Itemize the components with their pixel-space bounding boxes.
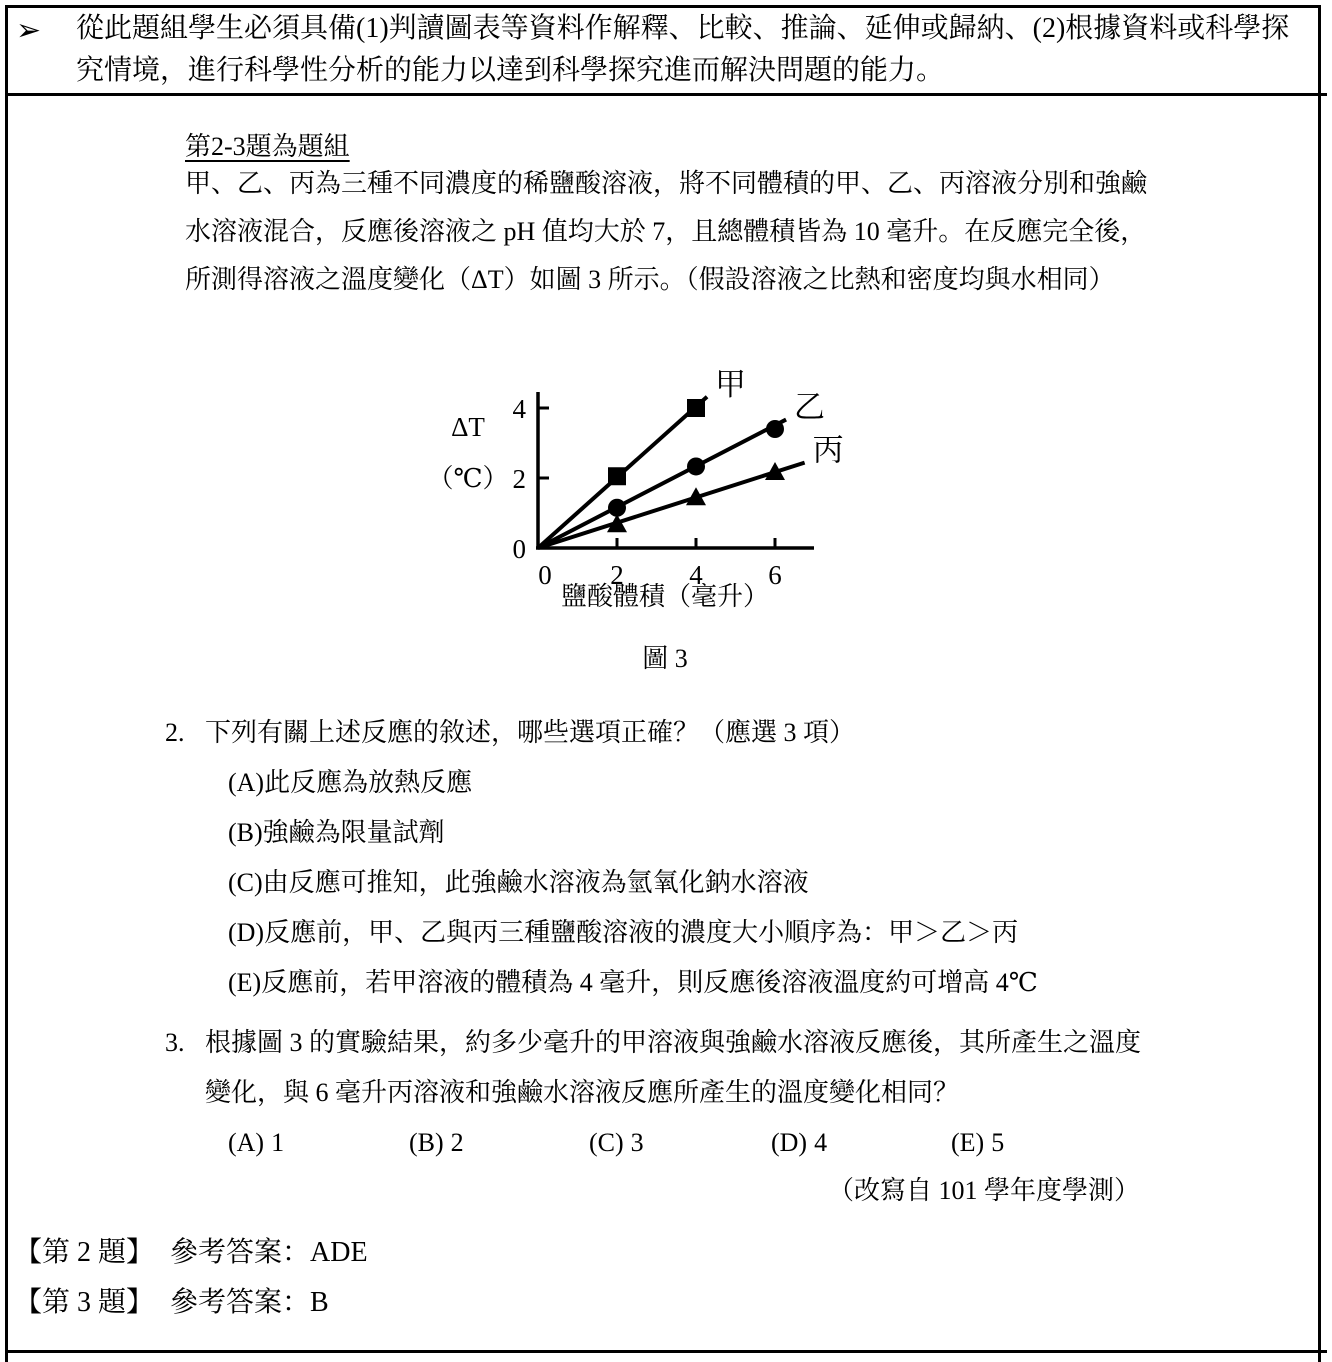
description-line-2: 水溶液混合，反應後溶液之 pH 值均大於 7，且總體積皆為 10 毫升。在反應完… [185, 208, 1185, 256]
option-text: 由反應可推知，此強鹼水溶液為氫氧化鈉水溶液 [263, 868, 809, 897]
option-label: (A) [228, 768, 264, 797]
option-label: (A) [228, 1128, 264, 1157]
question-2-stem: 下列有關上述反應的敘述，哪些選項正確？（應選 3 項） [205, 708, 1225, 758]
question-3-option-b: (B)2 [409, 1118, 464, 1168]
answer-text: 參考答案：ADE [170, 1237, 368, 1268]
figure-3: ΔT （℃） 0246024甲乙丙 鹽酸體積（毫升） 圖 3 [400, 350, 930, 680]
option-text: 反應前，甲、乙與丙三種鹽酸溶液的濃度大小順序為：甲＞乙＞丙 [264, 918, 1018, 947]
option-label: (B) [228, 818, 263, 847]
question-3-option-e: (E)5 [951, 1118, 1004, 1168]
source-attribution: （改寫自 101 學年度學測） [400, 1170, 1140, 1207]
exam-page: ➢ 從此題組學生必須具備(1)判讀圖表等資料作解釋、比較、推論、延伸或歸納、(2… [0, 0, 1332, 1362]
option-text: 1 [271, 1128, 284, 1157]
circle-marker [687, 457, 705, 475]
y-tick-label: 2 [513, 464, 527, 494]
answer-label: 【第 3 題】 [14, 1287, 154, 1318]
option-label: (C) [228, 868, 263, 897]
option-label: (E) [951, 1128, 984, 1157]
question-2-option-e: (E)反應前，若甲溶液的體積為 4 毫升，則反應後溶液溫度約可增高 4℃ [228, 958, 1225, 1008]
arrow-bullet-icon: ➢ [16, 16, 41, 46]
x-axis-label: 鹽酸體積（毫升） [510, 576, 820, 613]
question-3-option-d: (D)4 [771, 1118, 827, 1168]
intro-text: 從此題組學生必須具備(1)判讀圖表等資料作解釋、比較、推論、延伸或歸納、(2)根… [76, 8, 1316, 92]
circle-marker [608, 499, 626, 517]
row-divider-bottom [5, 1350, 1327, 1353]
series-line-丙 [538, 463, 805, 548]
question-3: 3. 根據圖 3 的實驗結果，約多少毫升的甲溶液與強鹼水溶液反應後，其所產生之溫… [165, 1018, 1225, 1168]
description-line-1: 甲、乙、丙為三種不同濃度的稀鹽酸溶液，將不同體積的甲、乙、丙溶液分別和強鹼 [185, 160, 1185, 208]
intro-line-2: 究情境，進行科學性分析的能力以達到科學探究進而解決問題的能力。 [76, 50, 1316, 92]
question-3-option-a: (A)1 [228, 1118, 284, 1168]
option-text: 5 [991, 1128, 1004, 1157]
question-2-option-c: (C)由反應可推知，此強鹼水溶液為氫氧化鈉水溶液 [228, 858, 1225, 908]
square-marker [608, 467, 626, 485]
question-3-number: 3. [165, 1018, 205, 1068]
option-text: 2 [451, 1128, 464, 1157]
option-text: 反應前，若甲溶液的體積為 4 毫升，則反應後溶液溫度約可增高 4℃ [261, 968, 1038, 997]
question-3-option-c: (C)3 [589, 1118, 644, 1168]
square-marker [687, 399, 705, 417]
option-label: (D) [771, 1128, 807, 1157]
question-3-stem-line2: 變化，與 6 毫升丙溶液和強鹼水溶液反應所產生的溫度變化相同？ [205, 1068, 1225, 1118]
reference-answers: 【第 2 題】參考答案：ADE 【第 3 題】參考答案：B [14, 1228, 368, 1328]
option-text: 此反應為放熱反應 [264, 768, 472, 797]
option-label: (E) [228, 968, 261, 997]
question-3-options-row: (A)1 (B)2 (C)3 (D)4 (E)5 [165, 1118, 1225, 1168]
answer-text: 參考答案：B [170, 1287, 329, 1318]
question-2-option-b: (B)強鹼為限量試劑 [228, 808, 1225, 858]
group-heading: 第2-3題為題組 [185, 126, 350, 163]
description-line-3: 所測得溶液之溫度變化（ΔT）如圖 3 所示。（假設溶液之比熱和密度均與水相同） [185, 256, 1185, 304]
group-description: 甲、乙、丙為三種不同濃度的稀鹽酸溶液，將不同體積的甲、乙、丙溶液分別和強鹼 水溶… [185, 160, 1185, 304]
intro-line-1: 從此題組學生必須具備(1)判讀圖表等資料作解釋、比較、推論、延伸或歸納、(2)根… [76, 8, 1316, 50]
answer-line-q2: 【第 2 題】參考答案：ADE [14, 1228, 368, 1278]
series-label-乙: 乙 [794, 390, 825, 425]
line-chart: 0246024甲乙丙 [400, 350, 870, 590]
option-label: (C) [589, 1128, 624, 1157]
answer-line-q3: 【第 3 題】參考答案：B [14, 1278, 368, 1328]
question-2-option-d: (D)反應前，甲、乙與丙三種鹽酸溶液的濃度大小順序為：甲＞乙＞丙 [228, 908, 1225, 958]
answer-label: 【第 2 題】 [14, 1237, 154, 1268]
question-2: 2. 下列有關上述反應的敘述，哪些選項正確？（應選 3 項） (A)此反應為放熱… [165, 708, 1225, 1008]
option-text: 強鹼為限量試劑 [263, 818, 445, 847]
question-3-stem-line1: 根據圖 3 的實驗結果，約多少毫升的甲溶液與強鹼水溶液反應後，其所產生之溫度 [205, 1018, 1225, 1068]
option-label: (B) [409, 1128, 444, 1157]
option-text: 3 [631, 1128, 644, 1157]
circle-marker [766, 420, 784, 438]
question-2-option-a: (A)此反應為放熱反應 [228, 758, 1225, 808]
option-text: 4 [814, 1128, 827, 1157]
figure-caption: 圖 3 [510, 638, 820, 675]
series-label-丙: 丙 [813, 433, 844, 468]
series-label-甲: 甲 [715, 367, 746, 402]
option-label: (D) [228, 918, 264, 947]
y-tick-label: 4 [513, 394, 527, 424]
row-divider-top [5, 93, 1327, 96]
question-2-number: 2. [165, 708, 205, 758]
y-tick-label: 0 [513, 534, 527, 564]
